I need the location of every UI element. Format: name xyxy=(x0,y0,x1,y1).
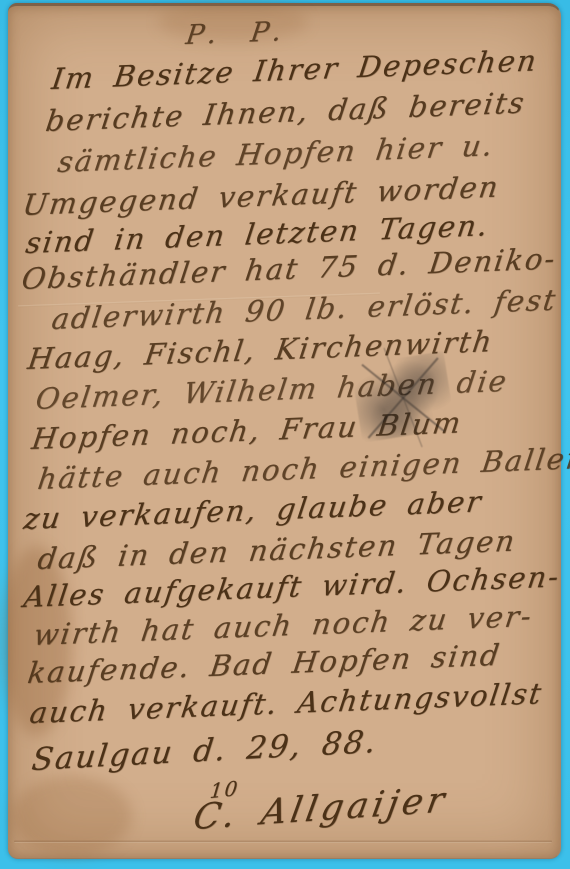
postcard: P. P. Im Besitze Ihrer Depeschen bericht… xyxy=(8,3,561,859)
paper-stain xyxy=(12,776,132,856)
smudge-stroke xyxy=(384,348,423,447)
ink-smudge-postmark xyxy=(350,351,455,443)
scanned-postcard-background: P. P. Im Besitze Ihrer Depeschen bericht… xyxy=(0,0,570,869)
date-line: Saulgau d. 29, 88. xyxy=(30,724,380,778)
salutation-heading: P. P. xyxy=(184,16,292,51)
paper-crease xyxy=(14,840,552,843)
